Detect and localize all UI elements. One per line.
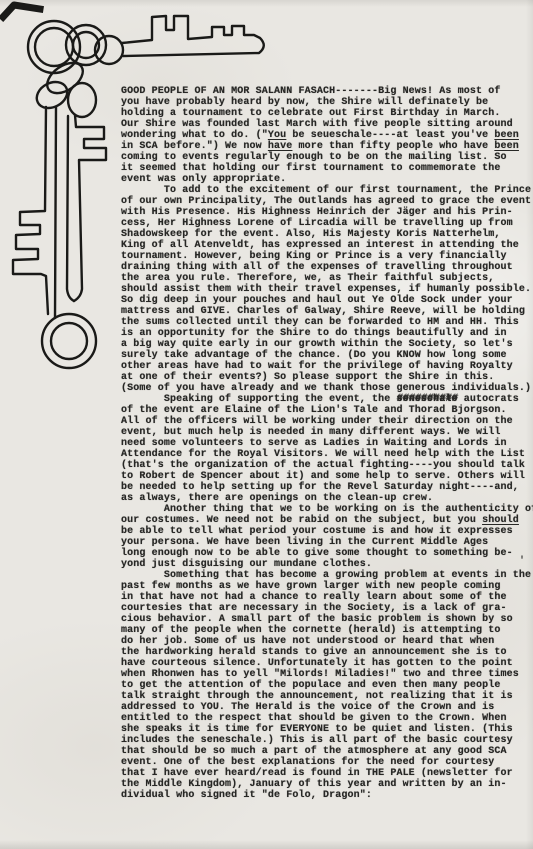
text-segment: in that have not had a chance to really … — [121, 592, 507, 603]
text-segment: courtesies that are necessary in the Soc… — [121, 603, 507, 614]
text-segment: mattress and GIVE. Charles of Galway, Sh… — [121, 306, 525, 317]
left-key-shaft — [13, 107, 48, 314]
text-segment: Shadowskeep for the event. Also, His Maj… — [121, 229, 501, 240]
text-line: King of all Atenveldt, has expressed an … — [121, 240, 533, 251]
text-line: addressed to YOU. The Herald is the voic… — [121, 702, 533, 713]
text-segment: Something that has become a growing prob… — [121, 570, 531, 581]
text-line: do her job. Some of us have not understo… — [121, 636, 533, 647]
text-segment: of the event are Elaine of the Lion's Ta… — [121, 405, 507, 416]
text-segment: cious behavior. A small part of the basi… — [121, 614, 513, 625]
text-segment: past few months as we have grown larger … — [121, 581, 501, 592]
text-segment: Speaking of supporting the event, the — [121, 394, 396, 405]
text-line: wondering what to do. ("You be seueschal… — [121, 130, 533, 141]
text-line: Shadowskeep for the event. Also, His Maj… — [121, 229, 533, 240]
text-line: to get the attention of the populace and… — [121, 680, 533, 691]
text-line: entitled to the respect that should be g… — [121, 713, 533, 724]
text-line: in that have not had a chance to really … — [121, 592, 533, 603]
text-segment: the hardworking herald stands to give an… — [121, 647, 507, 658]
text-segment: other areas have had to wait for the pri… — [121, 361, 513, 372]
text-segment: need some volunteers to serve as Ladies … — [121, 438, 507, 449]
text-line: Our Shire was founded last March with fi… — [121, 119, 533, 130]
text-line: many of the people when the cornette (he… — [121, 625, 533, 636]
text-line: GOOD PEOPLE OF AN MOR SALANN FASACH-----… — [121, 86, 533, 97]
text-segment: (that's the organization of the actual f… — [121, 460, 525, 471]
text-line: that should be so much a part of the atm… — [121, 746, 533, 757]
text-segment: cess, Her Highness Lorene of Lircadia wi… — [121, 218, 513, 229]
text-line: Speaking of supporting the event, the se… — [121, 394, 533, 405]
text-segment: autocrats — [458, 394, 519, 405]
text-segment: yond just disguising our mundane clothes… — [121, 559, 372, 570]
text-segment: of our own Principality, The Outlands ha… — [121, 196, 531, 207]
text-line: of the event are Elaine of the Lion's Ta… — [121, 405, 533, 416]
left-key-bow — [32, 77, 72, 113]
text-line: other areas have had to wait for the pri… — [121, 361, 533, 372]
text-line: as always, there are openings on the cle… — [121, 493, 533, 504]
text-line: includes the seneschale.) This is all pa… — [121, 735, 533, 746]
text-line: should assist them with their travel exp… — [121, 284, 533, 295]
text-segment: as always, there are openings on the cle… — [121, 493, 433, 504]
text-line: is an opportunity for the Shire to do th… — [121, 328, 533, 339]
text-segment: long enough now to be able to give some … — [121, 548, 513, 559]
text-segment: it seemed that holding our first tournam… — [121, 163, 501, 174]
corner-mark — [3, 5, 40, 17]
underlined-text: been — [494, 130, 518, 141]
text-line: be needed to help setting up for the Rev… — [121, 482, 533, 493]
text-line: (that's the organization of the actual f… — [121, 460, 533, 471]
text-line: of our own Principality, The Outlands ha… — [121, 196, 533, 207]
text-segment: Another thing that we to be working on i… — [121, 504, 533, 515]
text-segment: talk straight through the announcement, … — [121, 691, 513, 702]
text-segment: All of the officers will be working unde… — [121, 416, 513, 427]
text-segment: GOOD PEOPLE OF AN MOR SALANN FASACH-----… — [121, 86, 501, 97]
text-line: long enough now to be able to give some … — [121, 548, 533, 559]
text-segment: tournament. However, being King or Princ… — [121, 251, 507, 262]
text-line: surely take advantage of the chance. (Do… — [121, 350, 533, 361]
text-segment: event. One of the best explanations for … — [121, 757, 494, 768]
struck-out-word: seneschale#################### — [396, 394, 457, 405]
text-segment: be able to tell what period your costume… — [121, 526, 513, 537]
text-line: dividual who signed it "de Folo, Dragon"… — [121, 790, 533, 801]
text-segment: at one of their events?) So please suppo… — [121, 372, 494, 383]
text-segment: with His Presence. His Highness Heinrich… — [121, 207, 513, 218]
text-segment: many of the people when the cornette (he… — [121, 625, 501, 636]
text-segment: event was only appropriate. — [121, 174, 286, 185]
text-line: event. One of the best explanations for … — [121, 757, 533, 768]
text-line: cious behavior. A small part of the basi… — [121, 614, 533, 625]
text-line: Attendance for the Royal Visitors. We wi… — [121, 449, 533, 460]
text-segment: coming to events regularly enough to be … — [121, 152, 507, 163]
text-segment: King of all Atenveldt, has expressed an … — [121, 240, 519, 251]
text-segment: holding a tournament to celebrate out Fi… — [121, 108, 501, 119]
text-line: the sums collected until they can be for… — [121, 317, 533, 328]
text-line: All of the officers will be working unde… — [121, 416, 533, 427]
text-line: our costumes. We need not be rabid on th… — [121, 515, 533, 526]
text-segment: entitled to the respect that should be g… — [121, 713, 507, 724]
text-segment: your persona. We have been living in the… — [121, 537, 488, 548]
text-line: (Some of you have already and we thank t… — [121, 383, 533, 394]
text-segment: a big way quite early in our growth with… — [121, 339, 513, 350]
text-line: it seemed that holding our first tournam… — [121, 163, 533, 174]
stray-mark: ' — [519, 556, 525, 567]
text-line: when Rhonwen has to yell "Milords! Milad… — [121, 669, 533, 680]
text-segment: wondering what to do. (" — [121, 130, 268, 141]
text-line: So dig deep in your pouches and haul out… — [121, 295, 533, 306]
text-segment: in SCA before.") We now — [121, 141, 268, 152]
text-line: courtesies that are necessary in the Soc… — [121, 603, 533, 614]
text-line: the area you rule. Therefore, we, as The… — [121, 273, 533, 284]
text-line: the hardworking herald stands to give an… — [121, 647, 533, 658]
text-segment: the area you rule. Therefore, we, as The… — [121, 273, 494, 284]
document-body: GOOD PEOPLE OF AN MOR SALANN FASACH-----… — [121, 86, 533, 801]
text-segment: dividual who signed it "de Folo, Dragon"… — [121, 790, 372, 801]
text-segment: have courteous silence. Unfortunately it… — [121, 658, 513, 669]
text-segment: when Rhonwen has to yell "Milords! Milad… — [121, 669, 519, 680]
underlined-text: have — [268, 141, 292, 152]
text-segment: the sums collected until they can be for… — [121, 317, 519, 328]
text-segment: you have probably heard by now, the Shir… — [121, 97, 488, 108]
text-segment: So dig deep in your pouches and haul out… — [121, 295, 513, 306]
text-line: event, but much help is needed in many d… — [121, 427, 533, 438]
text-segment: the Middle Kingdom), January of this yea… — [121, 779, 507, 790]
text-segment: To add to the excitement of our first to… — [121, 185, 531, 196]
text-line: at one of their events?) So please suppo… — [121, 372, 533, 383]
text-line: draining thing with all of the expenses … — [121, 262, 533, 273]
text-line: need some volunteers to serve as Ladies … — [121, 438, 533, 449]
horizontal-key — [122, 16, 264, 56]
text-segment: do her job. Some of us have not understo… — [121, 636, 494, 647]
text-segment: is an opportunity for the Shire to do th… — [121, 328, 507, 339]
text-line: a big way quite early in our growth with… — [121, 339, 533, 350]
text-segment: be needed to help setting up for the Rev… — [121, 482, 519, 493]
text-line: mattress and GIVE. Charles of Galway, Sh… — [121, 306, 533, 317]
underlined-text: You — [268, 130, 286, 141]
text-line: Another thing that we to be working on i… — [121, 504, 533, 515]
text-segment: that I have ever heard/read is found in … — [121, 768, 513, 779]
right-key-shaft — [74, 115, 106, 301]
text-line: To add to the excitement of our first to… — [121, 185, 533, 196]
text-segment: includes the seneschale.) This is all pa… — [121, 735, 513, 746]
text-segment: event, but much help is needed in many d… — [121, 427, 501, 438]
text-segment: surely take advantage of the chance. (Do… — [121, 350, 507, 361]
text-line: you have probably heard by now, the Shir… — [121, 97, 533, 108]
text-segment: draining thing with all of the expenses … — [121, 262, 513, 273]
text-segment: to Robert de Spencer about it) and some … — [121, 471, 525, 482]
text-segment: (Some of you have already and we thank t… — [121, 383, 531, 394]
text-segment: she speaks it is time for EVERYONE to be… — [121, 724, 513, 735]
text-line: the Middle Kingdom), January of this yea… — [121, 779, 533, 790]
text-line: to Robert de Spencer about it) and some … — [121, 471, 533, 482]
text-segment: more than fifty people who have — [292, 141, 494, 152]
text-segment: our costumes. We need not be rabid on th… — [121, 515, 482, 526]
text-line: tournament. However, being King or Princ… — [121, 251, 533, 262]
text-segment: Our Shire was founded last March with fi… — [121, 119, 513, 130]
text-line: cess, Her Highness Lorene of Lircadia wi… — [121, 218, 533, 229]
underlined-text: been — [494, 141, 518, 152]
underlined-text: should — [482, 515, 519, 526]
text-line: with His Presence. His Highness Heinrich… — [121, 207, 533, 218]
text-line: past few months as we have grown larger … — [121, 581, 533, 592]
text-segment: to get the attention of the populace and… — [121, 680, 501, 691]
text-segment: should assist them with their travel exp… — [121, 284, 531, 295]
text-line: in SCA before.") We now have more than f… — [121, 141, 533, 152]
text-line: be able to tell what period your costume… — [121, 526, 533, 537]
text-line: talk straight through the announcement, … — [121, 691, 533, 702]
text-line: have courteous silence. Unfortunately it… — [121, 658, 533, 669]
text-segment: addressed to YOU. The Herald is the voic… — [121, 702, 494, 713]
text-line: coming to events regularly enough to be … — [121, 152, 533, 163]
text-line: she speaks it is time for EVERYONE to be… — [121, 724, 533, 735]
text-line: your persona. We have been living in the… — [121, 537, 533, 548]
text-segment: be seueschale----at least you've — [286, 130, 494, 141]
text-line: holding a tournament to celebrate out Fi… — [121, 108, 533, 119]
right-key-bow — [68, 83, 96, 117]
page-root: { "page": { "kind": "scanned typewritten… — [0, 0, 533, 849]
text-line: event was only appropriate. — [121, 174, 533, 185]
text-line: that I have ever heard/read is found in … — [121, 768, 533, 779]
text-segment: that should be so much a part of the atm… — [121, 746, 507, 757]
text-segment: Attendance for the Royal Visitors. We wi… — [121, 449, 525, 460]
text-line: Something that has become a growing prob… — [121, 570, 533, 581]
text-line: yond just disguising our mundane clothes… — [121, 559, 533, 570]
